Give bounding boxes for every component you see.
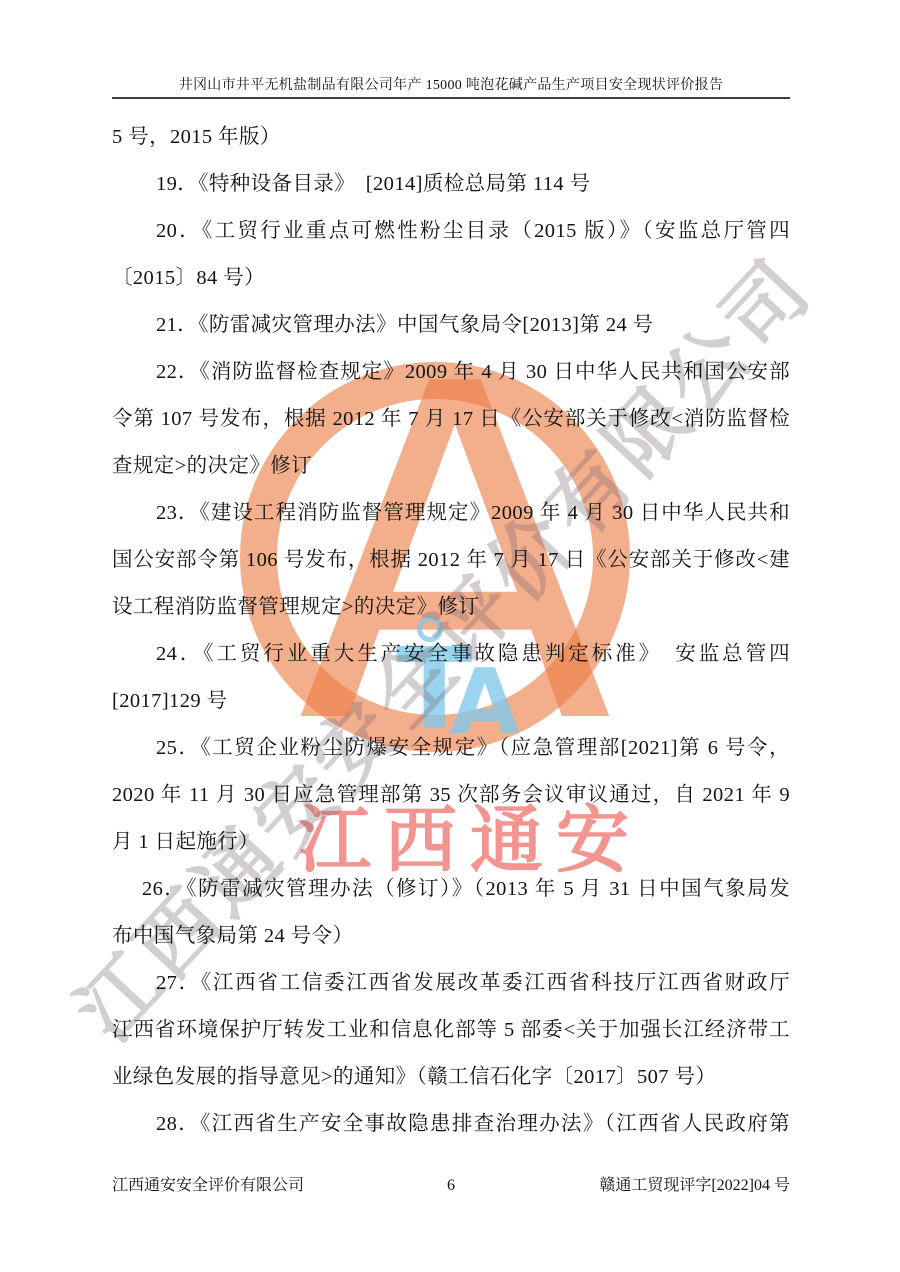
footer-doc-number: 赣通工贸现评字[2022]04 号 bbox=[599, 1174, 790, 1198]
body-line: 〔2015〕84 号） bbox=[112, 255, 790, 302]
body-line: 22．《消防监督检查规定》2009 年 4 月 30 日中华人民共和国公安部 bbox=[112, 349, 790, 396]
body-line: 5 号，2015 年版） bbox=[112, 114, 790, 161]
body-line: 2020 年 11 月 30 日应急管理部第 35 次部务会议审议通过，自 20… bbox=[112, 772, 790, 819]
page-footer: 江西通安安全评价有限公司 6 赣通工贸现评字[2022]04 号 bbox=[112, 1174, 790, 1198]
body-line: 26．《防雷减灾管理办法（修订）》（2013 年 5 月 31 日中国气象局发 bbox=[112, 866, 790, 913]
footer-page-number: 6 bbox=[447, 1174, 455, 1198]
footer-company: 江西通安安全评价有限公司 bbox=[112, 1174, 304, 1198]
body-text: 5 号，2015 年版） 19．《特种设备目录》 [2014]质检总局第 114… bbox=[112, 114, 790, 1148]
body-line: 设工程消防监督管理规定>的决定》修订 bbox=[112, 584, 790, 631]
page-header-title: 井冈山市井平无机盐制品有限公司年产 15000 吨泡花碱产品生产项目安全现状评价… bbox=[112, 77, 790, 99]
body-line: 19．《特种设备目录》 [2014]质检总局第 114 号 bbox=[112, 161, 790, 208]
body-line: 国公安部令第 106 号发布，根据 2012 年 7 月 17 日《公安部关于修… bbox=[112, 537, 790, 584]
body-line: 27．《江西省工信委江西省发展改革委江西省科技厅江西省财政厅 bbox=[112, 960, 790, 1007]
page-content: 井冈山市井平无机盐制品有限公司年产 15000 吨泡花碱产品生产项目安全现状评价… bbox=[0, 0, 900, 1272]
body-line: 月 1 日起施行） bbox=[112, 819, 790, 866]
body-line: 24．《工贸行业重大生产安全事故隐患判定标准》 安监总管四 bbox=[112, 631, 790, 678]
report-page: A T A 江西通安 江西通安安全评价有限公司 井冈山市井平无机盐制品有限公司年… bbox=[0, 0, 900, 1272]
body-line: 查规定>的决定》修订 bbox=[112, 443, 790, 490]
body-line: 25．《工贸企业粉尘防爆安全规定》（应急管理部[2021]第 6 号令， bbox=[112, 725, 790, 772]
body-line: 业绿色发展的指导意见>的通知》（赣工信石化字〔2017〕507 号） bbox=[112, 1054, 790, 1101]
body-line: [2017]129 号 bbox=[112, 678, 790, 725]
body-line: 23．《建设工程消防监督管理规定》2009 年 4 月 30 日中华人民共和 bbox=[112, 490, 790, 537]
body-line: 令第 107 号发布，根据 2012 年 7 月 17 日《公安部关于修改<消防… bbox=[112, 396, 790, 443]
body-line: 28．《江西省生产安全事故隐患排查治理办法》（江西省人民政府第 bbox=[112, 1101, 790, 1148]
body-line: 21．《防雷减灾管理办法》中国气象局令[2013]第 24 号 bbox=[112, 302, 790, 349]
body-line: 20．《工贸行业重点可燃性粉尘目录（2015 版）》（安监总厅管四 bbox=[112, 208, 790, 255]
body-line: 江西省环境保护厅转发工业和信息化部等 5 部委<关于加强长江经济带工 bbox=[112, 1007, 790, 1054]
body-line: 布中国气象局第 24 号令） bbox=[112, 913, 790, 960]
